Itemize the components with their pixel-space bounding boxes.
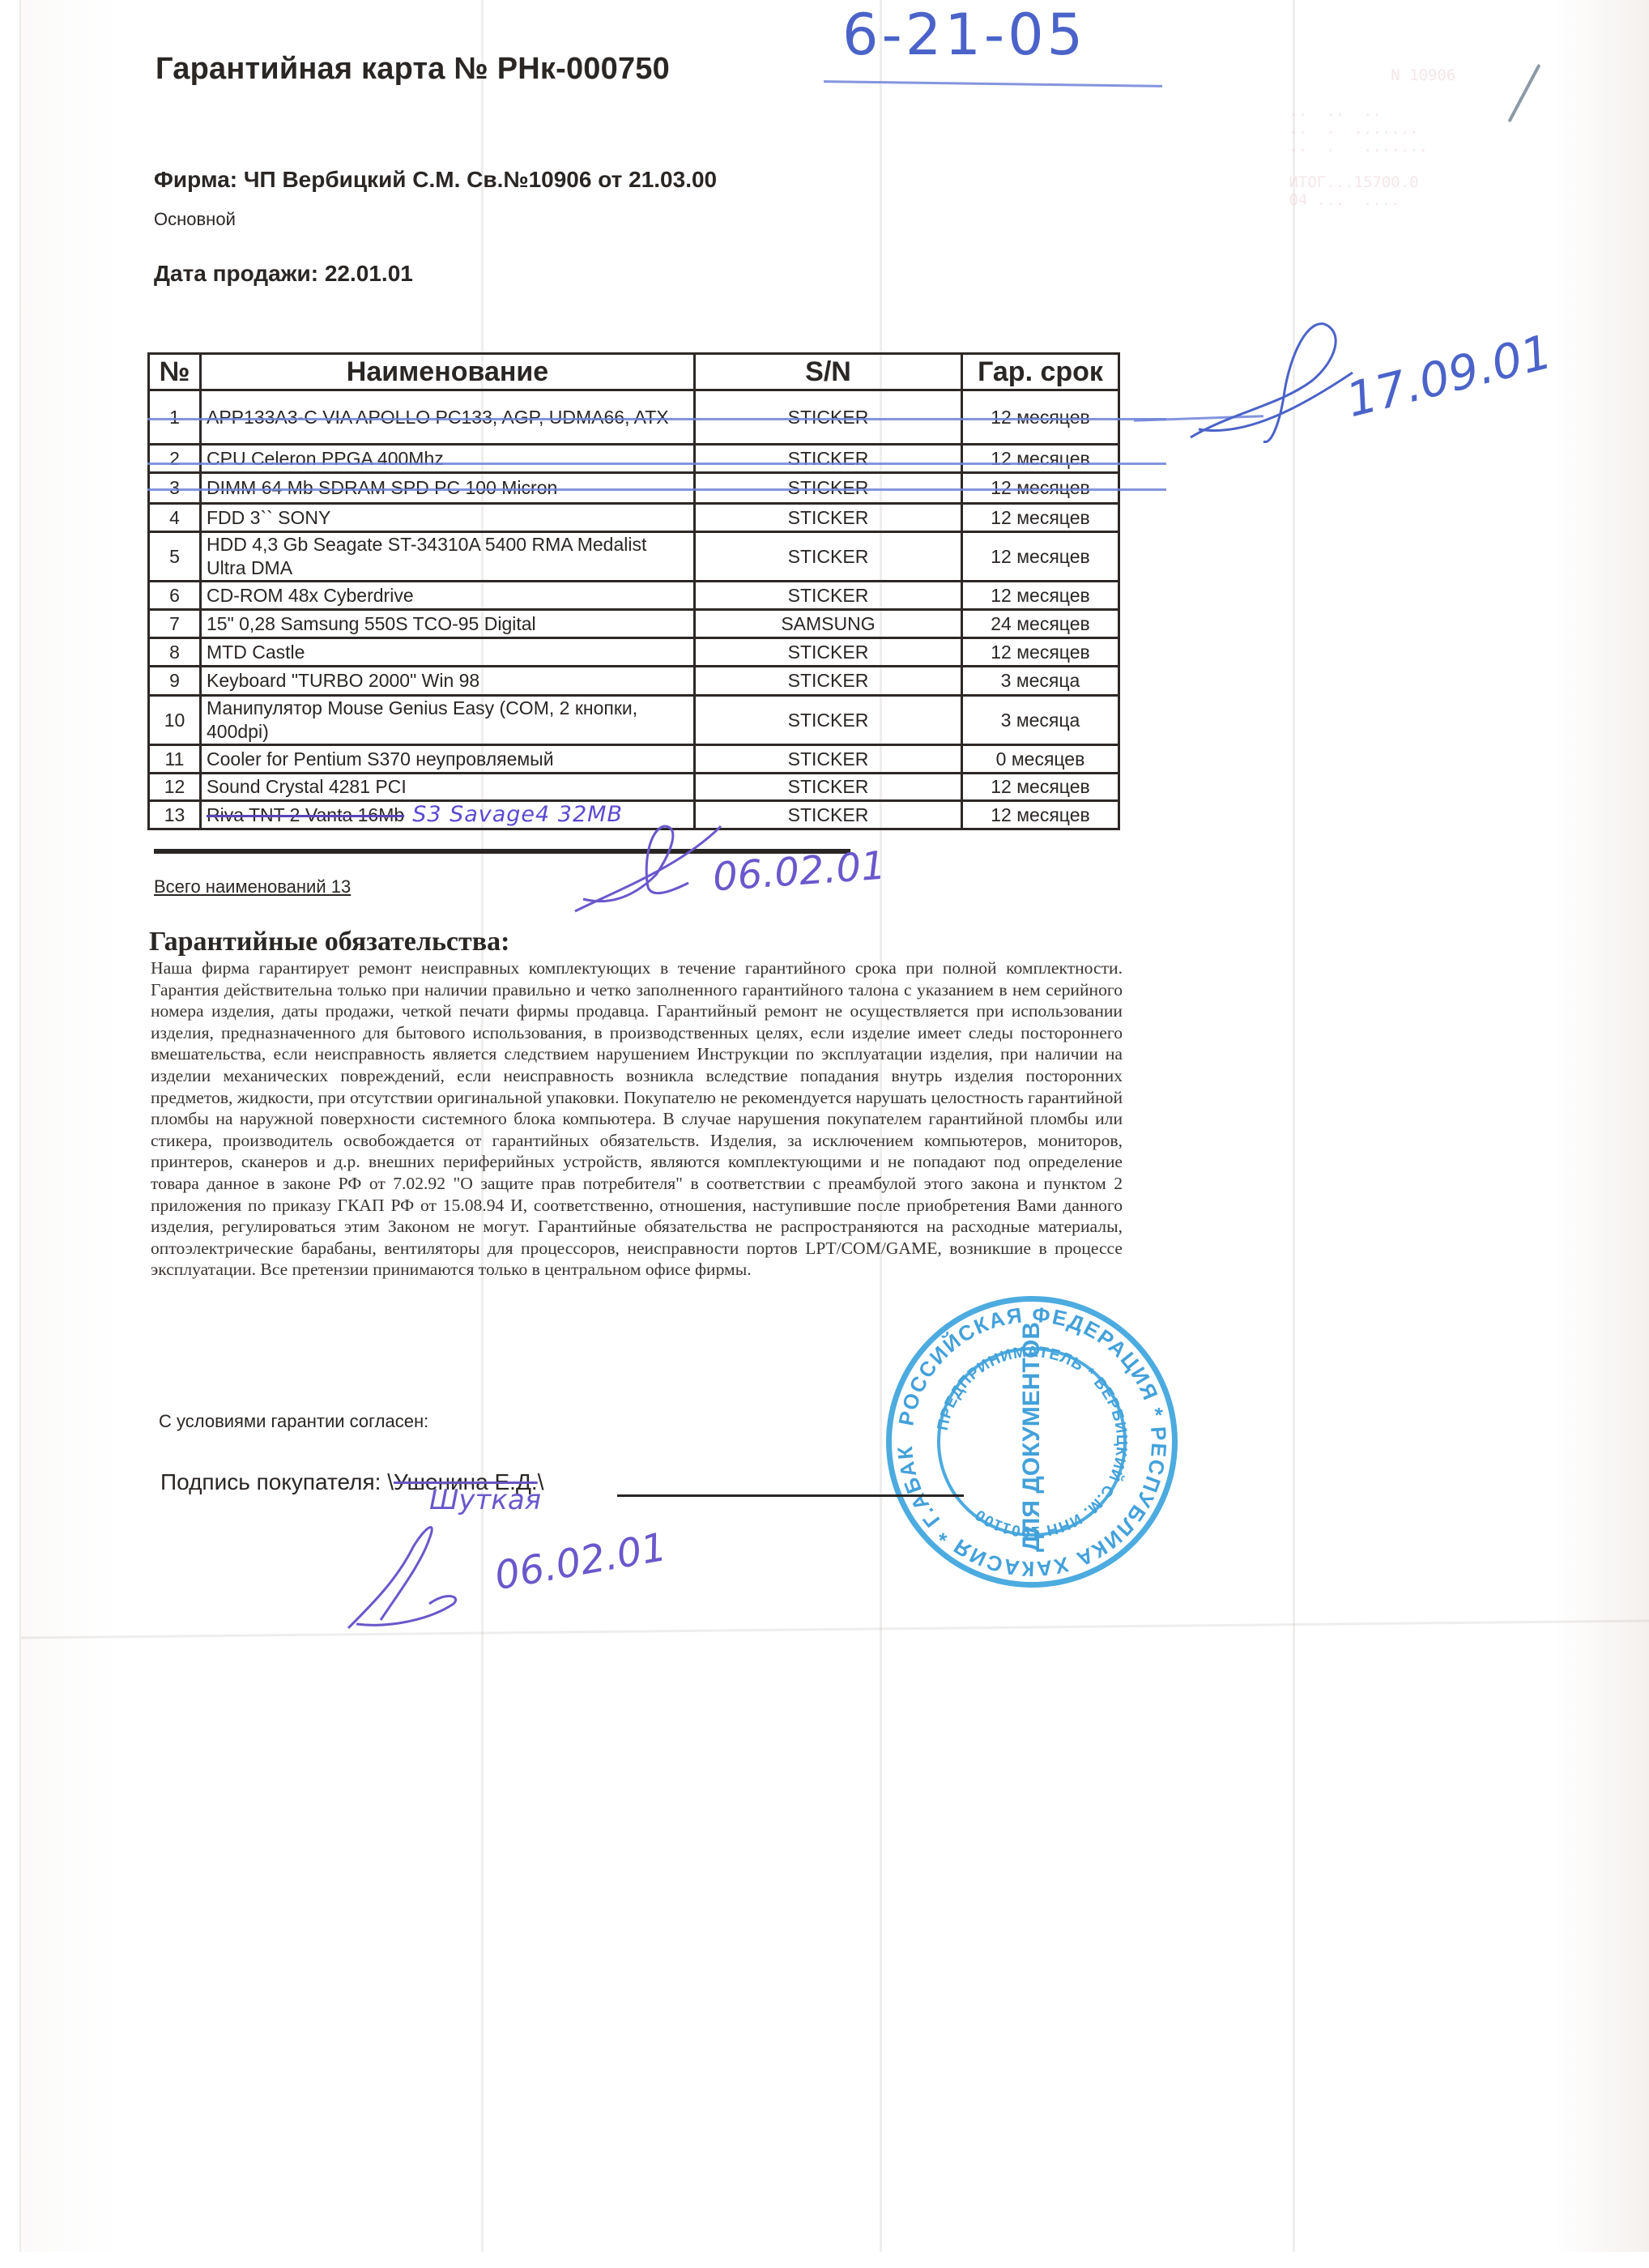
cell-warranty-term: 12 месяцев xyxy=(962,390,1119,445)
card-title: Гарантийная карта № РНк-000750 xyxy=(156,52,670,87)
cell-name: HDD 4,3 Gb Seagate ST-34310A 5400 RMA Me… xyxy=(201,532,695,582)
cell-num: 10 xyxy=(149,696,201,745)
cell-name: CD-ROM 48x Cyberdrive xyxy=(201,582,695,610)
cell-num: 12 xyxy=(149,774,201,801)
cell-num: 9 xyxy=(149,667,201,696)
total-items: Всего наименований 13 xyxy=(154,876,351,897)
items-table: № Наименование S/N Гар. срок 1APP133A3-C… xyxy=(147,352,1120,830)
cell-warranty-term: 3 месяца xyxy=(962,696,1119,745)
col-header-name: Наименование xyxy=(201,354,695,390)
signature-label-text: Подпись покупателя: \ xyxy=(160,1469,394,1494)
agreement-label: С условиями гарантии согласен: xyxy=(159,1411,428,1432)
table-row: 715" 0,28 Samsung 550S TCO-95 DigitalSAM… xyxy=(149,610,1119,638)
col-header-term: Гар. срок xyxy=(962,354,1119,390)
cell-serial: STICKER xyxy=(695,638,962,667)
cell-warranty-term: 12 месяцев xyxy=(962,638,1119,667)
cell-serial: STICKER xyxy=(695,504,962,532)
table-row: 8MTD CastleSTICKER12 месяцев xyxy=(149,638,1119,667)
struck-item-name: Riva TNT 2 Vanta 16Mb xyxy=(207,804,404,825)
table-header-row: № Наименование S/N Гар. срок xyxy=(149,354,1119,390)
cell-num: 6 xyxy=(149,582,201,610)
cell-serial: STICKER xyxy=(695,532,962,582)
cell-warranty-term: 12 месяцев xyxy=(962,801,1119,829)
cell-warranty-term: 12 месяцев xyxy=(962,774,1119,801)
col-header-num: № xyxy=(149,354,201,390)
table-row: 2CPU Celeron PPGA 400MhzSTICKER12 месяце… xyxy=(149,445,1119,473)
cell-serial: STICKER xyxy=(695,745,962,774)
cell-name: CPU Celeron PPGA 400Mhz xyxy=(201,445,695,473)
cell-num: 2 xyxy=(149,445,201,473)
cell-serial: STICKER xyxy=(695,445,962,473)
pen-strike-line xyxy=(147,463,1166,465)
obligations-text: Наша фирма гарантирует ремонт неисправны… xyxy=(151,957,1123,1281)
col-header-sn: S/N xyxy=(695,354,962,390)
pen-strike-line xyxy=(147,488,1166,491)
stamp-center-text: ДЛЯ ДОКУМЕНТОВ xyxy=(1018,1297,1046,1577)
cell-num: 13 xyxy=(149,801,201,829)
table-row: 10Манипулятор Mouse Genius Easy (COM, 2 … xyxy=(149,696,1119,745)
obligations-title: Гарантийные обязательства: xyxy=(149,927,509,957)
signature-line xyxy=(617,1494,964,1497)
cell-name: MTD Castle xyxy=(201,638,695,667)
handwritten-top-date: 6-21-05 xyxy=(842,2,1086,68)
cell-num: 8 xyxy=(149,638,201,667)
pen-strike-line xyxy=(147,418,1166,420)
cell-warranty-term: 3 месяца xyxy=(962,667,1119,696)
table-row: 1APP133A3-C VIA APOLLO PC133, AGP, UDMA6… xyxy=(149,390,1119,445)
cell-serial: SAMSUNG xyxy=(695,610,962,638)
cell-num: 7 xyxy=(149,610,201,638)
table-row: 9Keyboard "TURBO 2000" Win 98STICKER3 ме… xyxy=(149,667,1119,696)
cell-name: Keyboard "TURBO 2000" Win 98 xyxy=(201,667,695,696)
cell-name: Sound Crystal 4281 PCI xyxy=(201,774,695,801)
cell-num: 1 xyxy=(149,390,201,445)
buyer-signature-scribble xyxy=(340,1507,502,1636)
branch-label: Основной xyxy=(154,209,236,230)
company-stamp: РОССИЙСКАЯ ФЕДЕРАЦИЯ * РЕСПУБЛИКА ХАКАСИ… xyxy=(886,1296,1178,1588)
signature-scribble xyxy=(1182,316,1361,454)
cell-name: FDD 3`` SONY xyxy=(201,504,695,532)
table-row: 4FDD 3`` SONYSTICKER12 месяцев xyxy=(149,504,1119,532)
cell-serial: STICKER xyxy=(695,667,962,696)
cell-serial: STICKER xyxy=(695,696,962,745)
cell-warranty-term: 12 месяцев xyxy=(962,504,1119,532)
cell-warranty-term: 12 месяцев xyxy=(962,532,1119,582)
sale-date: Дата продажи: 22.01.01 xyxy=(154,261,413,287)
cell-warranty-term: 12 месяцев xyxy=(962,582,1119,610)
cell-name: Манипулятор Mouse Genius Easy (COM, 2 кн… xyxy=(201,696,695,745)
cell-num: 11 xyxy=(149,745,201,774)
cell-name: 15" 0,28 Samsung 550S TCO-95 Digital xyxy=(201,610,695,638)
table-row: 5HDD 4,3 Gb Seagate ST-34310A 5400 RMA M… xyxy=(149,532,1119,582)
cell-warranty-term: 12 месяцев xyxy=(962,445,1119,473)
bleed-through-receipt: N 10906 .. .. .. .. . ....... .. . .....… xyxy=(1280,49,1523,209)
cell-name: Cooler for Pentium S370 неупровляемый xyxy=(201,745,695,774)
cell-warranty-term: 0 месяцев xyxy=(962,745,1119,774)
table-row: 6CD-ROM 48x CyberdriveSTICKER12 месяцев xyxy=(149,582,1119,610)
cell-serial: STICKER xyxy=(695,774,962,801)
cell-num: 5 xyxy=(149,532,201,582)
cell-name: APP133A3-C VIA APOLLO PC133, AGP, UDMA66… xyxy=(201,390,695,445)
cell-num: 4 xyxy=(149,504,201,532)
fold-crease xyxy=(21,1619,1649,1639)
cell-serial: STICKER xyxy=(695,582,962,610)
cell-serial: STICKER xyxy=(695,390,962,445)
cell-warranty-term: 24 месяцев xyxy=(962,610,1119,638)
table-row: 11Cooler for Pentium S370 неупровляемыйS… xyxy=(149,745,1119,774)
firm-line: Фирма: ЧП Вербицкий С.М. Св.№10906 от 21… xyxy=(154,167,717,193)
table-row: 12Sound Crystal 4281 PCISTICKER12 месяце… xyxy=(149,774,1119,801)
